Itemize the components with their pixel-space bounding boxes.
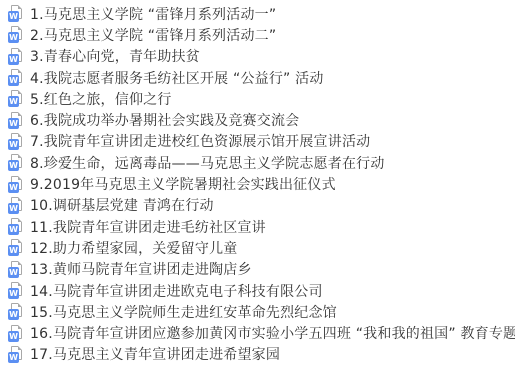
list-item[interactable]: W 2.马克思主义学院 “雷锋月系列活动二” <box>8 24 511 45</box>
word-badge: W <box>8 118 19 129</box>
word-badge: W <box>8 352 19 363</box>
document-link[interactable]: 5.红色之旅，信仰之行 <box>30 89 172 109</box>
document-list: W 1.马克思主义学院 “雷锋月系列活动一” W 2.马克思主义学院 “雷锋月系… <box>0 0 515 365</box>
word-badge: W <box>8 96 19 107</box>
word-file-icon: W <box>8 69 23 86</box>
document-link[interactable]: 11.我院青年宣讲团走进毛纺社区宣讲 <box>30 217 266 237</box>
list-item[interactable]: W 13.黄师马院青年宣讲团走进陶店乡 <box>8 259 511 280</box>
document-link[interactable]: 16.马院青年宣讲团应邀参加黄冈市实验小学五四班 “我和我的祖国” 教育专题活动 <box>30 323 515 343</box>
list-item[interactable]: W 11.我院青年宣讲团走进毛纺社区宣讲 <box>8 216 511 237</box>
list-item[interactable]: W 5.红色之旅，信仰之行 <box>8 88 511 109</box>
list-item[interactable]: W 14.马院青年宣讲团走进欧克电子科技有限公司 <box>8 280 511 301</box>
word-file-icon: W <box>8 325 23 342</box>
list-item[interactable]: W 4.我院志愿者服务毛纺社区开展 “公益行” 活动 <box>8 67 511 88</box>
document-link[interactable]: 12.助力希望家园，关爱留守儿童 <box>30 238 237 258</box>
word-badge: W <box>8 245 19 256</box>
word-file-icon: W <box>8 48 23 65</box>
document-link[interactable]: 17.马克思主义青年宣讲团走进希望家园 <box>30 344 280 364</box>
list-item[interactable]: W 10.调研基层党建 青鸿在行动 <box>8 195 511 216</box>
page-background: { "page": { "background_color": "#ffffff… <box>0 0 515 370</box>
word-file-icon: W <box>8 239 23 256</box>
document-link[interactable]: 13.黄师马院青年宣讲团走进陶店乡 <box>30 259 252 279</box>
word-badge: W <box>8 139 19 150</box>
list-item[interactable]: W 3.青春心向党，青年助扶贫 <box>8 46 511 67</box>
word-file-icon: W <box>8 303 23 320</box>
word-badge: W <box>8 224 19 235</box>
document-link[interactable]: 8.珍爱生命，远离毒品——马克思主义学院志愿者在行动 <box>30 153 385 173</box>
word-file-icon: W <box>8 154 23 171</box>
list-item[interactable]: W 12.助力希望家园，关爱留守儿童 <box>8 237 511 258</box>
document-link[interactable]: 7.我院青年宣讲团走进校红色资源展示馆开展宣讲活动 <box>30 131 370 151</box>
document-link[interactable]: 6.我院成功举办暑期社会实践及竞赛交流会 <box>30 110 299 130</box>
document-link[interactable]: 14.马院青年宣讲团走进欧克电子科技有限公司 <box>30 281 323 301</box>
list-item[interactable]: W 15.马克思主义学院师生走进红安革命先烈纪念馆 <box>8 301 511 322</box>
list-item[interactable]: W 17.马克思主义青年宣讲团走进希望家园 <box>8 344 511 365</box>
word-badge: W <box>8 267 19 278</box>
document-link[interactable]: 9.2019年马克思主义学院暑期社会实践出征仪式 <box>30 174 336 194</box>
document-link[interactable]: 1.马克思主义学院 “雷锋月系列活动一” <box>30 4 276 24</box>
list-item[interactable]: W 1.马克思主义学院 “雷锋月系列活动一” <box>8 3 511 24</box>
list-item[interactable]: W 7.我院青年宣讲团走进校红色资源展示馆开展宣讲活动 <box>8 131 511 152</box>
document-link[interactable]: 15.马克思主义学院师生走进红安革命先烈纪念馆 <box>30 302 337 322</box>
word-badge: W <box>8 309 19 320</box>
document-link[interactable]: 4.我院志愿者服务毛纺社区开展 “公益行” 活动 <box>30 68 324 88</box>
word-file-icon: W <box>8 26 23 43</box>
list-item[interactable]: W 6.我院成功举办暑期社会实践及竞赛交流会 <box>8 109 511 130</box>
word-badge: W <box>8 75 19 86</box>
word-file-icon: W <box>8 5 23 22</box>
list-item[interactable]: W 9.2019年马克思主义学院暑期社会实践出征仪式 <box>8 173 511 194</box>
word-badge: W <box>8 288 19 299</box>
word-file-icon: W <box>8 112 23 129</box>
word-badge: W <box>8 32 19 43</box>
word-badge: W <box>8 160 19 171</box>
word-file-icon: W <box>8 218 23 235</box>
word-file-icon: W <box>8 176 23 193</box>
word-file-icon: W <box>8 261 23 278</box>
word-badge: W <box>8 182 19 193</box>
list-item[interactable]: W 16.马院青年宣讲团应邀参加黄冈市实验小学五四班 “我和我的祖国” 教育专题… <box>8 322 511 343</box>
document-link[interactable]: 3.青春心向党，青年助扶贫 <box>30 46 200 66</box>
word-badge: W <box>8 54 19 65</box>
word-file-icon: W <box>8 197 23 214</box>
word-file-icon: W <box>8 133 23 150</box>
word-badge: W <box>8 203 19 214</box>
word-file-icon: W <box>8 346 23 363</box>
document-link[interactable]: 10.调研基层党建 青鸿在行动 <box>30 195 214 215</box>
list-item[interactable]: W 8.珍爱生命，远离毒品——马克思主义学院志愿者在行动 <box>8 152 511 173</box>
document-link[interactable]: 2.马克思主义学院 “雷锋月系列活动二” <box>30 25 276 45</box>
word-badge: W <box>8 331 19 342</box>
word-file-icon: W <box>8 282 23 299</box>
word-badge: W <box>8 11 19 22</box>
word-file-icon: W <box>8 90 23 107</box>
